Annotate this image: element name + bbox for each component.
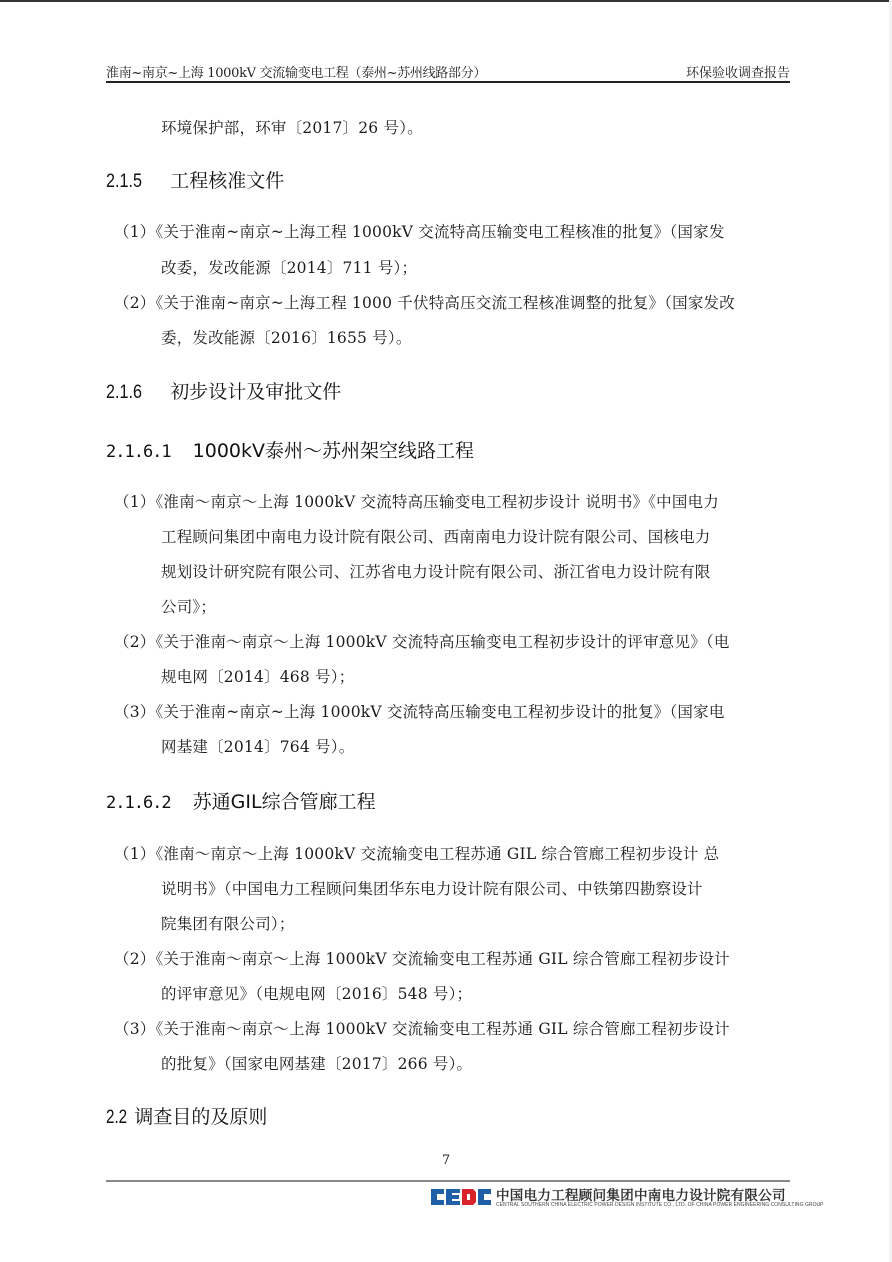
- page-top-border: [0, 0, 892, 2]
- footer-rule: [106, 1180, 790, 1182]
- company-logo: 中国电力工程顾问集团中南电力设计院有限公司 CENTRAL SOUTHERN C…: [430, 1185, 790, 1213]
- heading-2-1-6: 2.1.6初步设计及审批文件: [106, 377, 341, 404]
- list-item-line: （1）《淮南～南京～上海 1000kV 交流输变电工程苏通 GIL 综合管廊工程…: [114, 842, 719, 864]
- cedc-logo-icon: [430, 1186, 492, 1208]
- heading-title: 1000kV泰州～苏州架空线路工程: [193, 440, 474, 462]
- list-item-line: （3）《关于淮南～南京～上海 1000kV 交流输变电工程苏通 GIL 综合管廊…: [114, 1017, 730, 1039]
- list-item-line: 网基建〔2014〕764 号）。: [161, 735, 354, 757]
- list-item-line: （2）《关于淮南～南京～上海 1000kV 交流特高压输变电工程初步设计的评审意…: [114, 630, 730, 652]
- continuation-line: 环境保护部，环审〔2017〕26 号）。: [161, 116, 423, 138]
- list-item-line: 院集团有限公司）；: [161, 912, 295, 934]
- heading-2-1-6-1: 2.1.6.11000kV泰州～苏州架空线路工程: [106, 436, 474, 463]
- heading-title: 初步设计及审批文件: [170, 381, 341, 403]
- header-project-title: 淮南~南京~上海 1000kV 交流输变电工程（泰州~苏州线路部分）: [106, 62, 486, 81]
- list-item-line: （1）《淮南～南京～上海 1000kV 交流特高压输变电工程初步设计 说明书》《…: [114, 490, 719, 512]
- page-number: 7: [0, 1153, 892, 1168]
- running-header: 淮南~南京~上海 1000kV 交流输变电工程（泰州~苏州线路部分） 环保验收调…: [106, 62, 790, 82]
- company-name-en: CENTRAL SOUTHERN CHINA ELECTRIC POWER DE…: [496, 1202, 824, 1208]
- list-item-line: （2）《关于淮南～南京～上海 1000kV 交流输变电工程苏通 GIL 综合管廊…: [114, 947, 730, 969]
- list-item-line: 公司》；: [161, 595, 216, 617]
- heading-number: 2.1.6: [106, 382, 142, 404]
- list-item-line: 的批复》（国家电网基建〔2017〕266 号）。: [161, 1052, 472, 1074]
- list-item-line: 工程顾问集团中南电力设计院有限公司、西南南电力设计院有限公司、国核电力: [161, 525, 711, 547]
- header-rule: [106, 81, 790, 83]
- list-item-line: 委，发改能源〔2016〕1655 号）。: [161, 326, 412, 348]
- list-item-line: （2）《关于淮南~南京~上海工程 1000 千伏特高压交流工程核准调整的批复》（…: [114, 291, 735, 313]
- heading-title: 苏通GIL综合管廊工程: [193, 791, 376, 813]
- heading-title: 工程核准文件: [170, 170, 284, 192]
- list-item-line: 规划设计研究院有限公司、江苏省电力设计院有限公司、浙江省电力设计院有限: [161, 560, 711, 582]
- list-item-line: 规电网〔2014〕468 号）；: [161, 665, 354, 687]
- list-item-line: 改委，发改能源〔2014〕711 号）；: [161, 256, 417, 278]
- list-item-line: （1）《关于淮南~南京~上海工程 1000kV 交流特高压输变电工程核准的批复》…: [114, 220, 725, 242]
- header-report-type: 环保验收调查报告: [686, 62, 790, 81]
- heading-title: 调查目的及原则: [134, 1106, 267, 1128]
- list-item-line: （3）《关于淮南~南京~上海 1000kV 交流特高压输变电工程初步设计的批复》…: [114, 700, 725, 722]
- heading-number: 2.1.5: [106, 171, 142, 193]
- heading-2-1-5: 2.1.5工程核准文件: [106, 166, 284, 193]
- list-item-line: 说明书》（中国电力工程顾问集团华东电力设计院有限公司、中铁第四勘察设计: [161, 877, 703, 899]
- heading-number: 2.1.6.1: [106, 442, 171, 462]
- heading-2-2: 2.2调查目的及原则: [106, 1102, 267, 1129]
- heading-number: 2.2: [106, 1107, 127, 1129]
- company-name-cn: 中国电力工程顾问集团中南电力设计院有限公司: [496, 1184, 786, 1204]
- heading-2-1-6-2: 2.1.6.2苏通GIL综合管廊工程: [106, 787, 376, 814]
- heading-number: 2.1.6.2: [106, 793, 171, 813]
- list-item-line: 的评审意见》（电规电网〔2016〕548 号）；: [161, 982, 472, 1004]
